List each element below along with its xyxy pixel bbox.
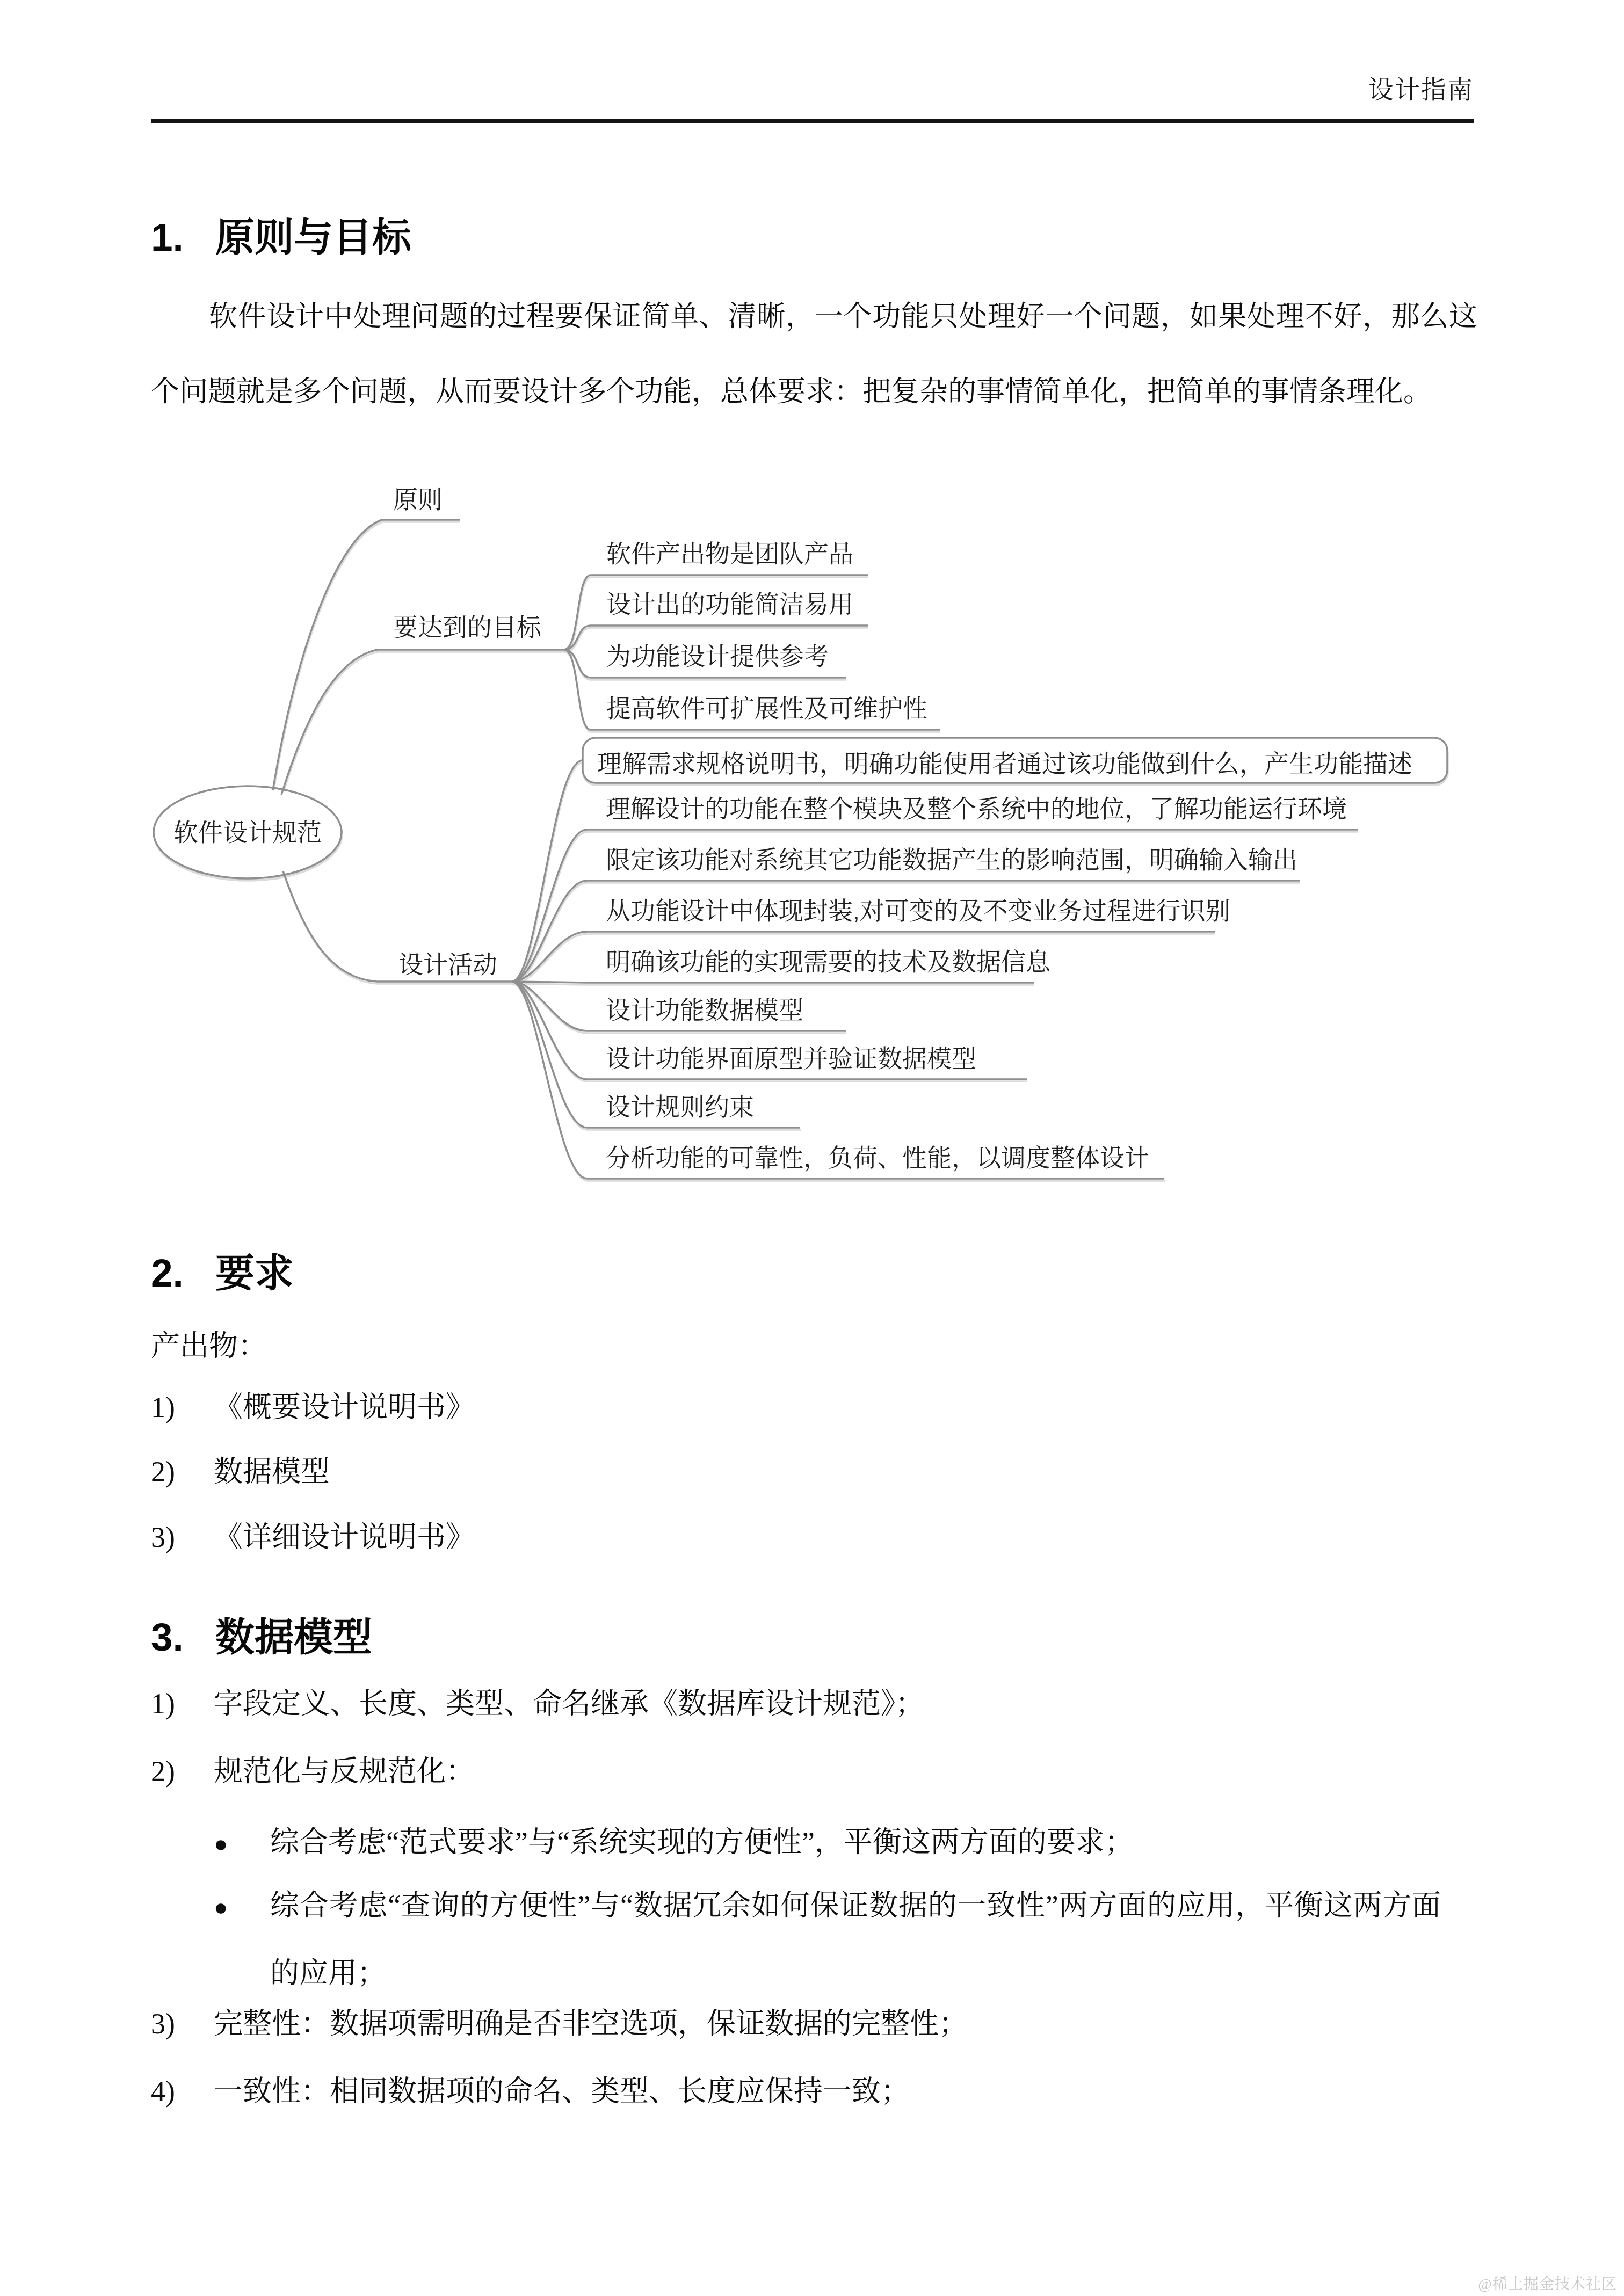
bullet-item: ● 综合考虑“范式要求”与“系统实现的方便性”，平衡这两方面的要求； bbox=[214, 1808, 1481, 1876]
section-title: 原则与目标 bbox=[215, 206, 411, 262]
mindmap-child-label: 设计功能界面原型并验证数据模型 bbox=[606, 1044, 976, 1072]
list-text: 《详细设计说明书》 bbox=[214, 1514, 475, 1556]
list-item: 2) 规范化与反规范化： bbox=[151, 1748, 1477, 1790]
mindmap-branch-label: 原则 bbox=[393, 485, 443, 513]
bullet-text: 综合考虑“范式要求”与“系统实现的方便性”，平衡这两方面的要求； bbox=[270, 1808, 1441, 1876]
mindmap-child-path bbox=[512, 982, 1034, 983]
mindmap-child-path bbox=[564, 650, 940, 730]
list-number: 1) bbox=[151, 1687, 214, 1720]
mindmap-child-label: 理解设计的功能在整个模块及整个系统中的地位，了解功能运行环境 bbox=[606, 795, 1347, 823]
mindmap-root-label: 软件设计规范 bbox=[173, 818, 322, 846]
list-number: 1) bbox=[151, 1391, 214, 1424]
mindmap-child-path bbox=[512, 830, 1358, 982]
mindmap-node-box bbox=[583, 738, 1447, 783]
section-number: 1. bbox=[151, 215, 215, 260]
output-item-row: 2) 数据模型 bbox=[151, 1449, 1477, 1490]
mindmap-child-label: 分析功能的可靠性，负荷、性能，以调度整体设计 bbox=[606, 1144, 1149, 1172]
output-item-row: 1) 《概要设计说明书》 bbox=[151, 1384, 1477, 1426]
list-item: 4) 一致性：相同数据项的命名、类型、长度应保持一致； bbox=[151, 2068, 1477, 2110]
mindmap-child-label: 软件产出物是团队产品 bbox=[606, 540, 853, 568]
list-text: 完整性：数据项需明确是否非空选项，保证数据的完整性； bbox=[214, 2001, 968, 2042]
mindmap-child-path bbox=[512, 982, 800, 1128]
section-title: 要求 bbox=[215, 1241, 294, 1298]
mindmap-root-ellipse bbox=[154, 786, 342, 878]
section-3-heading: 3. 数据模型 bbox=[151, 1605, 372, 1662]
mindmap-child-label: 提高软件可扩展性及可维护性 bbox=[606, 694, 927, 722]
mindmap-child-label: 设计出的功能简洁易用 bbox=[606, 590, 853, 618]
mindmap-connectors bbox=[154, 520, 1447, 1179]
mindmap-labels: 软件设计规范 原则 要达到的目标 设计活动 软件产出物是团队产品 设计出的功能简… bbox=[173, 485, 1412, 1172]
mindmap-child-path bbox=[512, 982, 1164, 1179]
section-2-heading: 2. 要求 bbox=[151, 1241, 294, 1298]
section-2-intro: 产出物： bbox=[151, 1323, 267, 1364]
mindmap-child-label: 设计功能数据模型 bbox=[606, 996, 803, 1024]
list-number: 2) bbox=[151, 1755, 214, 1788]
bullet-icon: ● bbox=[214, 1894, 270, 1921]
bullet-icon: ● bbox=[214, 1830, 270, 1858]
mindmap-child-label: 理解需求规格说明书，明确功能使用者通过该功能做到什么，产生功能描述 bbox=[597, 750, 1412, 778]
list-item: 3) 完整性：数据项需明确是否非空选项，保证数据的完整性； bbox=[151, 2001, 1477, 2042]
mindmap-child-path bbox=[512, 881, 1300, 982]
section-1-heading: 1. 原则与目标 bbox=[151, 206, 411, 262]
output-item-row: 3) 《详细设计说明书》 bbox=[151, 1514, 1477, 1556]
list-text: 数据模型 bbox=[214, 1449, 330, 1490]
mindmap-child-path bbox=[564, 626, 868, 650]
list-number: 3) bbox=[151, 1521, 214, 1554]
list-text: 《概要设计说明书》 bbox=[214, 1384, 475, 1426]
document-page: 设计指南 1. 原则与目标 软件设计中处理问题的过程要保证简单、清晰，一个功能只… bbox=[0, 0, 1624, 2296]
header-rule bbox=[151, 119, 1474, 123]
mindmap-child-path bbox=[512, 982, 846, 1031]
watermark: @稀土掘金技术社区 bbox=[1478, 2272, 1617, 2294]
mindmap: 软件设计规范 原则 要达到的目标 设计活动 软件产出物是团队产品 设计出的功能简… bbox=[0, 0, 1624, 1289]
list-text: 规范化与反规范化： bbox=[214, 1748, 475, 1790]
mindmap-child-label: 限定该功能对系统其它功能数据产生的影响范围，明确输入输出 bbox=[606, 846, 1297, 874]
mindmap-child-path bbox=[512, 760, 583, 982]
mindmap-child-label: 从功能设计中体现封装,对可变的及不变业务过程进行识别 bbox=[606, 897, 1230, 925]
bullet-text: 综合考虑“查询的方便性”与“数据冗余如何保证数据的一致性”两方面的应用，平衡这两… bbox=[270, 1872, 1441, 2007]
bullet-item: ● 综合考虑“查询的方便性”与“数据冗余如何保证数据的一致性”两方面的应用，平衡… bbox=[214, 1872, 1481, 2007]
mindmap-branch-label: 要达到的目标 bbox=[393, 613, 542, 641]
mindmap-child-path bbox=[512, 932, 1215, 982]
list-number: 3) bbox=[151, 2007, 214, 2040]
mindmap-child-label: 为功能设计提供参考 bbox=[606, 642, 829, 670]
list-text: 一致性：相同数据项的命名、类型、长度应保持一致； bbox=[214, 2068, 910, 2110]
mindmap-branch-path bbox=[281, 650, 564, 795]
list-item: 1) 字段定义、长度、类型、命名继承《数据库设计规范》； bbox=[151, 1681, 1477, 1722]
section-number: 3. bbox=[151, 1615, 215, 1660]
mindmap-child-label: 设计规则约束 bbox=[606, 1093, 754, 1121]
list-number: 2) bbox=[151, 1455, 214, 1488]
section-number: 2. bbox=[151, 1251, 215, 1296]
list-number: 4) bbox=[151, 2075, 214, 2108]
page-header: 设计指南 bbox=[1368, 70, 1474, 106]
section-1-paragraph: 软件设计中处理问题的过程要保证简单、清晰，一个功能只处理好一个问题，如果处理不好… bbox=[151, 279, 1477, 430]
mindmap-branch-path bbox=[273, 520, 460, 790]
mindmap-branch-label: 设计活动 bbox=[398, 950, 497, 978]
list-text: 字段定义、长度、类型、命名继承《数据库设计规范》； bbox=[214, 1681, 924, 1722]
mindmap-child-path bbox=[564, 575, 868, 650]
mindmap-child-label: 明确该功能的实现需要的技术及数据信息 bbox=[606, 948, 1051, 976]
mindmap-child-path bbox=[564, 650, 846, 678]
section-title: 数据模型 bbox=[215, 1605, 372, 1662]
mindmap-branch-path bbox=[283, 871, 512, 982]
mindmap-child-path bbox=[512, 982, 1027, 1079]
